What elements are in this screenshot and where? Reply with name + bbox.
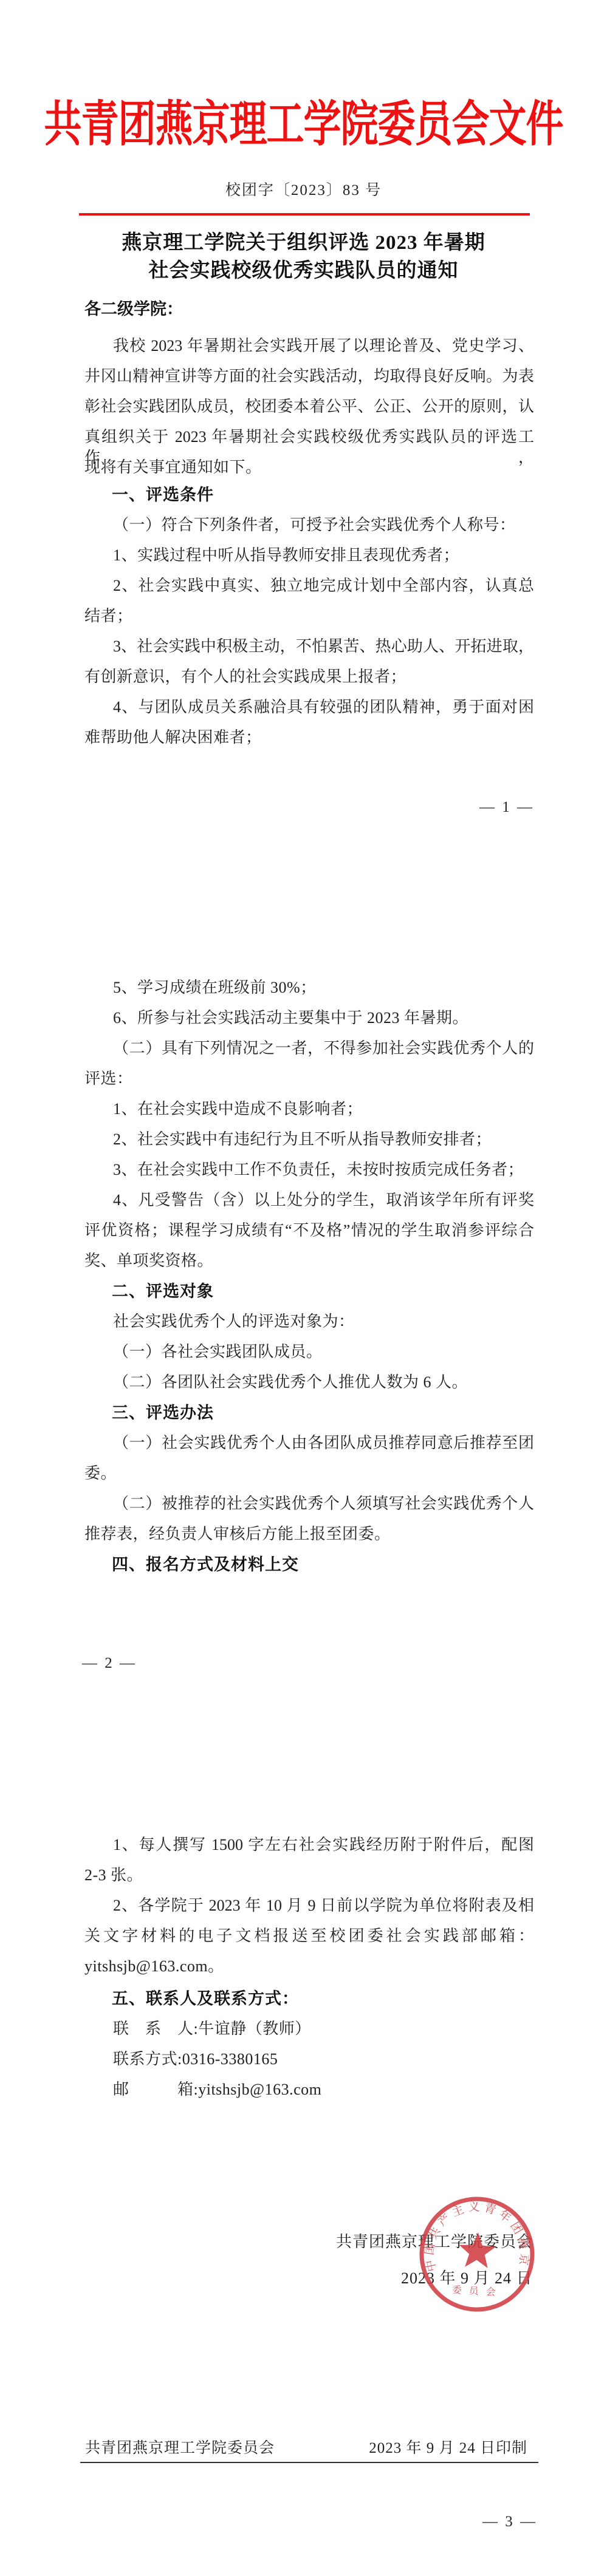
body-line: 委。 xyxy=(84,1463,534,1484)
section-heading-2: 二、评选对象 xyxy=(112,1281,214,1302)
intro-line: 我校 2023 年暑期社会实践开展了以理论普及、党史学习、 xyxy=(113,336,534,356)
body-line: 4、与团队成员关系融洽具有较强的团队精神，勇于面对困 xyxy=(113,697,534,718)
section-heading-3: 三、评选办法 xyxy=(112,1402,214,1423)
intro-line: 现将有关事宜通知如下。 xyxy=(84,457,534,478)
page-number-1: — 1 — xyxy=(479,799,534,816)
contact-person: 联 系 人:牛谊静（教师） xyxy=(113,2019,534,2039)
body-line: 推荐表，经负责人审核后方能上报至团委。 xyxy=(84,1524,534,1545)
body-line: yitshsjb@163.com。 xyxy=(84,1956,534,1977)
letterhead-title: 共青团燕京理工学院委员会文件 xyxy=(0,96,607,154)
body-line: （二）被推荐的社会实践优秀个人须填写社会实践优秀个人 xyxy=(113,1494,534,1514)
footer-org: 共青团燕京理工学院委员会 xyxy=(85,2436,275,2458)
body-line: 3、社会实践中积极主动，不怕累苦、热心助人、开拓进取， xyxy=(113,636,534,657)
contact-email: 邮 箱:yitshsjb@163.com xyxy=(113,2079,534,2100)
body-line: （二）具有下列情况之一者，不得参加社会实践优秀个人的 xyxy=(113,1038,534,1059)
body-line: 2、社会实践中真实、独立地完成计划中全部内容，认真总 xyxy=(113,576,534,596)
body-line: 评选： xyxy=(84,1069,534,1089)
body-line: 难帮助他人解决困难者； xyxy=(84,727,534,748)
contact-phone: 联系方式:0316-3380165 xyxy=(113,2049,534,2070)
body-line: 1、实践过程中听从指导教师安排且表现优秀者； xyxy=(113,545,534,566)
body-line: 结者； xyxy=(84,606,534,627)
official-seal: 中国共产主义青年团燕京理工学院 委 员 会 xyxy=(413,2190,541,2318)
body-line: 2、社会实践中有违纪行为且不听从指导教师安排者； xyxy=(113,1129,534,1150)
body-line: 奖、单项奖资格。 xyxy=(84,1251,534,1271)
salutation: 各二级学院： xyxy=(84,299,183,319)
page-number-2: — 2 — xyxy=(82,1655,137,1672)
document-number: 校团字〔2023〕83 号 xyxy=(0,178,607,200)
body-line: 2-3 张。 xyxy=(84,1865,534,1886)
body-line: 3、在社会实践中工作不负责任，未按时按质完成任务者； xyxy=(113,1160,534,1180)
body-line: 2、各学院于 2023 年 10 月 9 日前以学院为单位将附表及相 xyxy=(113,1895,534,1916)
body-line: 1、每人撰写 1500 字左右社会实践经历附于附件后，配图 xyxy=(113,1835,534,1855)
intro-line: 井冈山精神宣讲等方面的社会实践活动，均取得良好反响。为表 xyxy=(84,366,534,387)
body-line: 1、在社会实践中造成不良影响者； xyxy=(113,1099,534,1120)
body-line: 6、所参与社会实践活动主要集中于 2023 年暑期。 xyxy=(113,1008,534,1028)
body-line: （一）各社会实践团队成员。 xyxy=(113,1342,534,1362)
page-number-3: — 3 — xyxy=(482,2513,537,2530)
footer-rule xyxy=(80,2462,538,2463)
seal-star-icon xyxy=(458,2231,496,2268)
section-heading-4: 四、报名方式及材料上交 xyxy=(112,1554,299,1575)
notice-title-line2: 社会实践校级优秀实践队员的通知 xyxy=(0,259,607,283)
red-divider-rule xyxy=(79,213,530,216)
body-line: 关文字材料的电子文档报送至校团委社会实践部邮箱： xyxy=(84,1926,534,1946)
footer-date: 2023 年 9 月 24 日印制 xyxy=(369,2436,527,2458)
body-line: 有创新意识，有个人的社会实践成果上报者； xyxy=(84,667,534,687)
body-line: 社会实践优秀个人的评选对象为： xyxy=(113,1311,534,1332)
section-heading-5: 五、联系人及联系方式： xyxy=(112,1988,299,2009)
document-canvas: 共青团燕京理工学院委员会文件 校团字〔2023〕83 号 燕京理工学院关于组织评… xyxy=(0,0,607,2576)
body-line: 评优资格；课程学习成绩有“不及格”情况的学生取消参评综合 xyxy=(84,1220,534,1241)
body-line: （一）社会实践优秀个人由各团队成员推荐同意后推荐至团 xyxy=(113,1433,534,1453)
body-line: 5、学习成绩在班级前 30%； xyxy=(113,977,534,998)
intro-line: 彰社会实践团队成员，校团委本着公平、公正、公开的原则，认 xyxy=(84,396,534,417)
seal-bottom-text: 委 员 会 xyxy=(451,2285,498,2298)
body-line: 4、凡受警告（含）以上处分的学生，取消该学年所有评奖 xyxy=(113,1190,534,1211)
seal-arc-text: 中国共产主义青年团燕京理工学院 xyxy=(413,2190,535,2279)
body-line: （二）各团队社会实践优秀个人推优人数为 6 人。 xyxy=(113,1372,534,1393)
section-heading-1: 一、评选条件 xyxy=(112,484,214,505)
body-line: （一）符合下列条件者，可授予社会实践优秀个人称号： xyxy=(113,515,534,535)
notice-title-line1: 燕京理工学院关于组织评选 2023 年暑期 xyxy=(0,231,607,255)
